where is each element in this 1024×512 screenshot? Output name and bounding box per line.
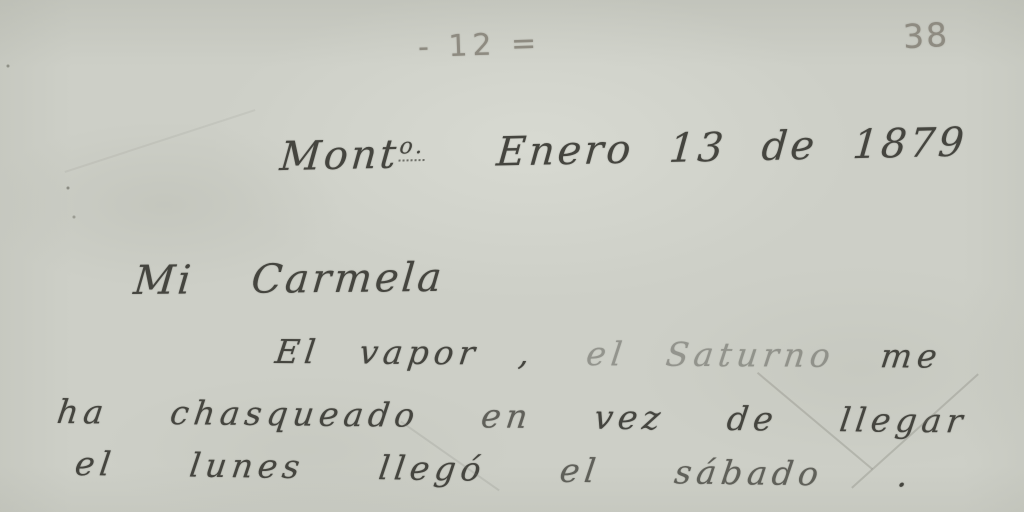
- body-word: llegó: [376, 448, 488, 488]
- page-number-annotation: - 12 =: [417, 26, 541, 65]
- salutation-word-mi: Mi: [132, 257, 196, 304]
- body-word: de: [725, 399, 781, 438]
- body-word: chasqueado: [168, 393, 422, 435]
- body-line-1-part-1: El vapor ,: [273, 332, 537, 373]
- salutation: MiCarmela: [132, 255, 447, 304]
- dateline: Monto.Enero 13 de 1879: [278, 120, 968, 180]
- body-line-1-part-3: me: [878, 336, 944, 375]
- salutation-word-name: Carmela: [249, 255, 446, 303]
- dateline-date: Enero 13 de 1879: [495, 120, 969, 176]
- body-word: el: [558, 451, 603, 490]
- body-word: .: [895, 455, 916, 494]
- letter-scan-page: - 12 = 38 Monto.Enero 13 de 1879 MiCarme…: [0, 0, 1024, 512]
- body-word: vez: [592, 398, 668, 438]
- body-line-2: ha chasqueado en vez de llegar: [55, 392, 970, 440]
- dateline-place-superscript: o.: [398, 134, 426, 162]
- body-word: lunes: [187, 446, 307, 487]
- body-line-1: El vapor ,el Saturnome: [273, 332, 944, 376]
- body-word: ha: [55, 392, 111, 431]
- body-line-3: el lunes llegó el sábado .: [73, 444, 916, 495]
- dateline-place: Mont: [278, 132, 401, 181]
- paper-crease: [65, 109, 256, 173]
- body-word: en: [479, 396, 535, 435]
- folio-number-annotation: 38: [902, 15, 950, 56]
- body-word: llegar: [837, 400, 969, 440]
- body-word: sábado: [672, 452, 826, 493]
- body-word: el: [73, 444, 118, 483]
- body-line-1-part-2-faint: el Saturno: [584, 334, 837, 375]
